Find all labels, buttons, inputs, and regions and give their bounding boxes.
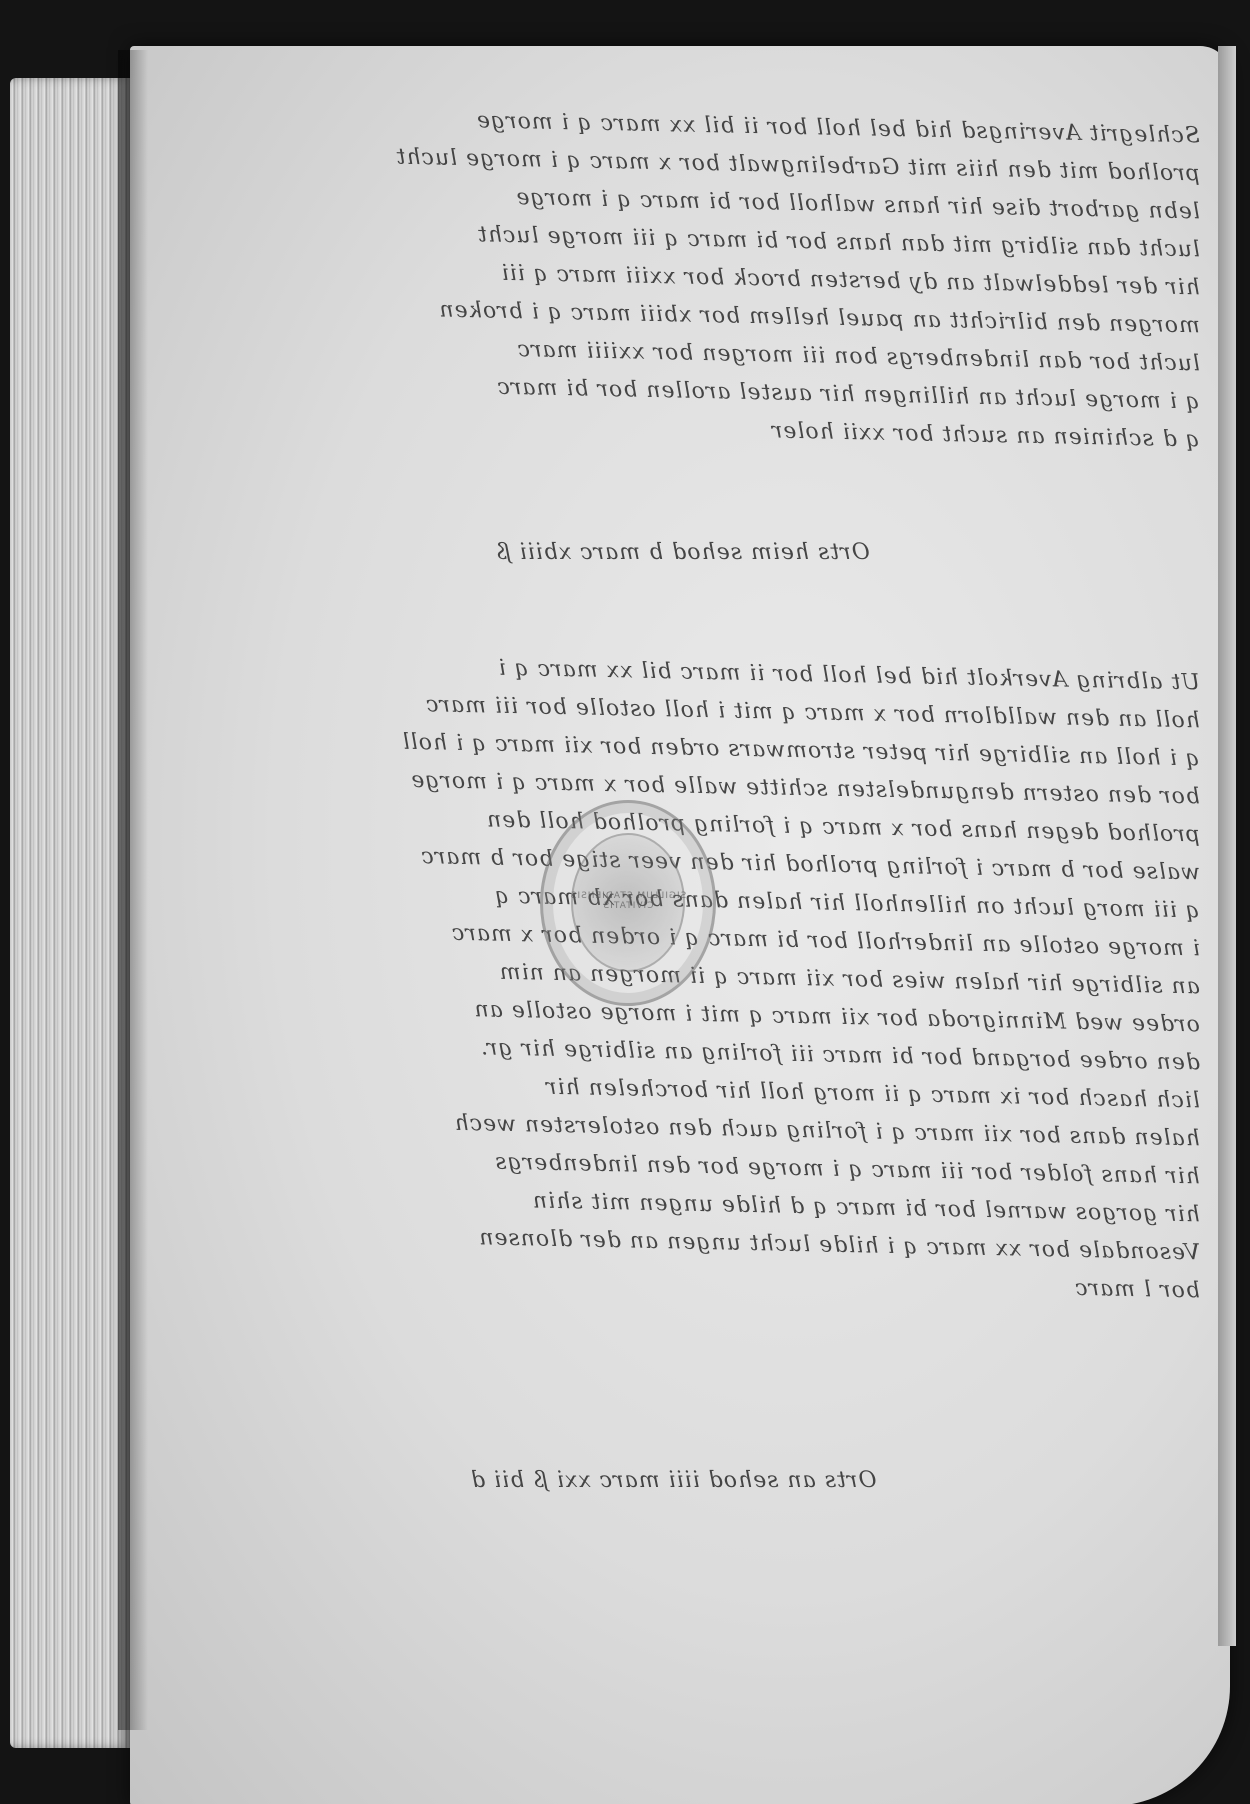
summary-2: Orts an sehod iiii marc xxi ß bii d <box>470 1468 876 1493</box>
entry-1: Schlegrit Averingsd hid bel holl bor ii … <box>300 108 1200 450</box>
seal-legend: SIGILLUM STADIENSIS CIVITATIS <box>543 891 713 911</box>
spine-shadow <box>118 50 148 1730</box>
entry-2: Ut albring Averkolt hid bel holl bor ii … <box>300 655 1200 1301</box>
summary-1: Orts heim sehod b marc xbiii ß <box>495 540 870 565</box>
archive-stamp-icon: SIGILLUM STADIENSIS CIVITATIS <box>540 800 716 1006</box>
book-page-stack <box>10 78 130 1748</box>
right-page-edge <box>1218 46 1236 1646</box>
